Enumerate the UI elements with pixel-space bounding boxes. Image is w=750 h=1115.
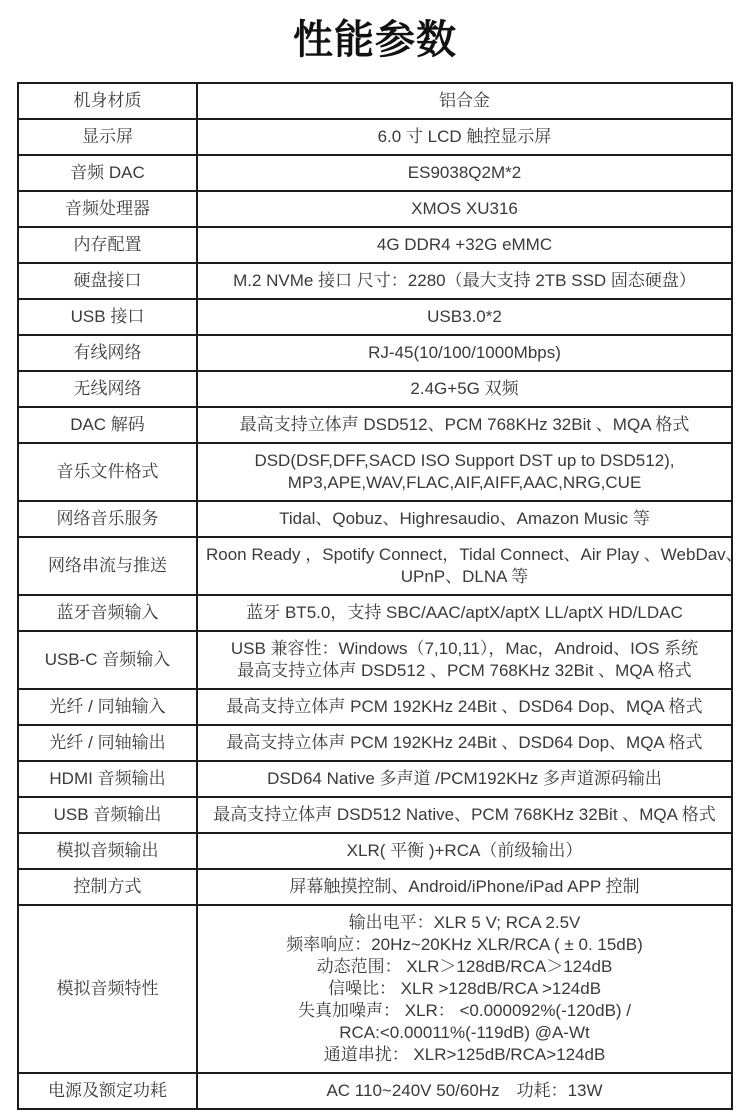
spec-label: 音乐文件格式 [18,443,197,501]
table-row: 电源及额定功耗 AC 110~240V 50/60Hz 功耗：13W [18,1073,732,1109]
spec-value-line: 最高支持立体声 DSD512 Native、PCM 768KHz 32Bit 、… [206,804,723,826]
spec-label: 模拟音频特性 [18,905,197,1073]
spec-label: 显示屏 [18,119,197,155]
spec-label: 音频 DAC [18,155,197,191]
spec-value: RJ-45(10/100/1000Mbps) [197,335,732,371]
spec-value: 蓝牙 BT5.0，支持 SBC/AAC/aptX/aptX LL/aptX HD… [197,595,732,631]
spec-value-line: XMOS XU316 [206,198,723,220]
spec-value-line: MP3,APE,WAV,FLAC,AIF,AIFF,AAC,NRG,CUE [206,472,723,494]
spec-label: 音频处理器 [18,191,197,227]
spec-label: 机身材质 [18,83,197,119]
table-row: 无线网络 2.4G+5G 双频 [18,371,732,407]
spec-value-line: 4G DDR4 +32G eMMC [206,234,723,256]
spec-value-line: Tidal、Qobuz、Highresaudio、Amazon Music 等 [206,508,723,530]
spec-label: 电源及额定功耗 [18,1073,197,1109]
spec-value: ES9038Q2M*2 [197,155,732,191]
table-row: DAC 解码 最高支持立体声 DSD512、PCM 768KHz 32Bit 、… [18,407,732,443]
spec-table-body: 机身材质 铝合金 显示屏 6.0 寸 LCD 触控显示屏 音频 DAC ES90… [18,83,732,1109]
spec-value-line: 频率响应：20Hz~20KHz XLR/RCA ( ± 0. 15dB) [206,934,723,956]
table-row: 模拟音频特性 输出电平：XLR 5 V; RCA 2.5V频率响应：20Hz~2… [18,905,732,1073]
spec-label: 光纤 / 同轴输入 [18,689,197,725]
spec-label: HDMI 音频输出 [18,761,197,797]
spec-value: 输出电平：XLR 5 V; RCA 2.5V频率响应：20Hz~20KHz XL… [197,905,732,1073]
spec-value: DSD64 Native 多声道 /PCM192KHz 多声道源码输出 [197,761,732,797]
spec-label: DAC 解码 [18,407,197,443]
spec-value: 4G DDR4 +32G eMMC [197,227,732,263]
spec-value-line: 6.0 寸 LCD 触控显示屏 [206,126,723,148]
table-row: 网络音乐服务 Tidal、Qobuz、Highresaudio、Amazon M… [18,501,732,537]
spec-value: 屏幕触摸控制、Android/iPhone/iPad APP 控制 [197,869,732,905]
spec-label: 控制方式 [18,869,197,905]
spec-label: 模拟音频输出 [18,833,197,869]
spec-table: 机身材质 铝合金 显示屏 6.0 寸 LCD 触控显示屏 音频 DAC ES90… [17,82,733,1110]
table-row: USB 接口 USB3.0*2 [18,299,732,335]
spec-value-line: AC 110~240V 50/60Hz 功耗：13W [206,1080,723,1102]
table-row: 内存配置 4G DDR4 +32G eMMC [18,227,732,263]
table-row: 硬盘接口 M.2 NVMe 接口 尺寸：2280（最大支持 2TB SSD 固态… [18,263,732,299]
spec-value: M.2 NVMe 接口 尺寸：2280（最大支持 2TB SSD 固态硬盘） [197,263,732,299]
spec-label: 内存配置 [18,227,197,263]
spec-value-line: M.2 NVMe 接口 尺寸：2280（最大支持 2TB SSD 固态硬盘） [206,270,723,292]
spec-value-line: DSD(DSF,DFF,SACD ISO Support DST up to D… [206,450,723,472]
spec-value: 最高支持立体声 PCM 192KHz 24Bit 、DSD64 Dop、MQA … [197,725,732,761]
spec-value: AC 110~240V 50/60Hz 功耗：13W [197,1073,732,1109]
spec-value-line: USB3.0*2 [206,306,723,328]
table-row: 模拟音频输出 XLR( 平衡 )+RCA（前级输出） [18,833,732,869]
spec-value: Roon Ready ，Spotify Connect，Tidal Connec… [197,537,732,595]
spec-label: USB-C 音频输入 [18,631,197,689]
spec-value-line: 失真加噪声： XLR： <0.000092%(-120dB) / [206,1000,723,1022]
page-title: 性能参数 [0,0,750,82]
table-row: 网络串流与推送 Roon Ready ，Spotify Connect，Tida… [18,537,732,595]
spec-value-line: Roon Ready ，Spotify Connect，Tidal Connec… [206,544,723,566]
spec-value: DSD(DSF,DFF,SACD ISO Support DST up to D… [197,443,732,501]
spec-value-line: 铝合金 [206,90,723,112]
table-row: 显示屏 6.0 寸 LCD 触控显示屏 [18,119,732,155]
spec-value: 最高支持立体声 DSD512、PCM 768KHz 32Bit 、MQA 格式 [197,407,732,443]
spec-value-line: DSD64 Native 多声道 /PCM192KHz 多声道源码输出 [206,768,723,790]
table-row: 光纤 / 同轴输出 最高支持立体声 PCM 192KHz 24Bit 、DSD6… [18,725,732,761]
table-row: 音频 DAC ES9038Q2M*2 [18,155,732,191]
table-row: 蓝牙音频输入 蓝牙 BT5.0，支持 SBC/AAC/aptX/aptX LL/… [18,595,732,631]
spec-value: USB 兼容性：Windows（7,10,11），Mac，Android、IOS… [197,631,732,689]
spec-value-line: RCA:<0.00011%(-119dB) @A-Wt [206,1022,723,1044]
spec-value-line: 信噪比： XLR >128dB/RCA >124dB [206,978,723,1000]
spec-value-line: 输出电平：XLR 5 V; RCA 2.5V [206,912,723,934]
spec-value-line: XLR( 平衡 )+RCA（前级输出） [206,840,723,862]
spec-label: 网络音乐服务 [18,501,197,537]
spec-label: 网络串流与推送 [18,537,197,595]
spec-label: USB 接口 [18,299,197,335]
spec-value: XMOS XU316 [197,191,732,227]
spec-label: 光纤 / 同轴输出 [18,725,197,761]
table-row: HDMI 音频输出 DSD64 Native 多声道 /PCM192KHz 多声… [18,761,732,797]
spec-value-line: 最高支持立体声 PCM 192KHz 24Bit 、DSD64 Dop、MQA … [206,732,723,754]
spec-value-line: 动态范围： XLR＞128dB/RCA＞124dB [206,956,723,978]
spec-value-line: 最高支持立体声 DSD512、PCM 768KHz 32Bit 、MQA 格式 [206,414,723,436]
spec-value: 6.0 寸 LCD 触控显示屏 [197,119,732,155]
spec-value: 最高支持立体声 DSD512 Native、PCM 768KHz 32Bit 、… [197,797,732,833]
spec-value: USB3.0*2 [197,299,732,335]
spec-value: Tidal、Qobuz、Highresaudio、Amazon Music 等 [197,501,732,537]
spec-label: 蓝牙音频输入 [18,595,197,631]
table-row: 有线网络 RJ-45(10/100/1000Mbps) [18,335,732,371]
spec-value-line: 蓝牙 BT5.0，支持 SBC/AAC/aptX/aptX LL/aptX HD… [206,602,723,624]
table-row: 机身材质 铝合金 [18,83,732,119]
spec-value: 2.4G+5G 双频 [197,371,732,407]
spec-value-line: ES9038Q2M*2 [206,162,723,184]
spec-value: XLR( 平衡 )+RCA（前级输出） [197,833,732,869]
spec-value-line: USB 兼容性：Windows（7,10,11），Mac，Android、IOS… [206,638,723,660]
spec-label: USB 音频输出 [18,797,197,833]
spec-value: 最高支持立体声 PCM 192KHz 24Bit 、DSD64 Dop、MQA … [197,689,732,725]
table-row: 光纤 / 同轴输入 最高支持立体声 PCM 192KHz 24Bit 、DSD6… [18,689,732,725]
spec-value-line: 最高支持立体声 PCM 192KHz 24Bit 、DSD64 Dop、MQA … [206,696,723,718]
spec-value-line: RJ-45(10/100/1000Mbps) [206,342,723,364]
spec-value-line: 2.4G+5G 双频 [206,378,723,400]
spec-label: 有线网络 [18,335,197,371]
spec-value-line: 屏幕触摸控制、Android/iPhone/iPad APP 控制 [206,876,723,898]
table-row: 控制方式 屏幕触摸控制、Android/iPhone/iPad APP 控制 [18,869,732,905]
spec-value-line: 通道串扰： XLR>125dB/RCA>124dB [206,1044,723,1066]
table-row: USB-C 音频输入 USB 兼容性：Windows（7,10,11），Mac，… [18,631,732,689]
table-row: USB 音频输出 最高支持立体声 DSD512 Native、PCM 768KH… [18,797,732,833]
spec-value-line: UPnP、DLNA 等 [206,566,723,588]
spec-label: 硬盘接口 [18,263,197,299]
table-row: 音乐文件格式 DSD(DSF,DFF,SACD ISO Support DST … [18,443,732,501]
spec-label: 无线网络 [18,371,197,407]
table-row: 音频处理器 XMOS XU316 [18,191,732,227]
spec-value-line: 最高支持立体声 DSD512 、PCM 768KHz 32Bit 、MQA 格式 [206,660,723,682]
spec-value: 铝合金 [197,83,732,119]
